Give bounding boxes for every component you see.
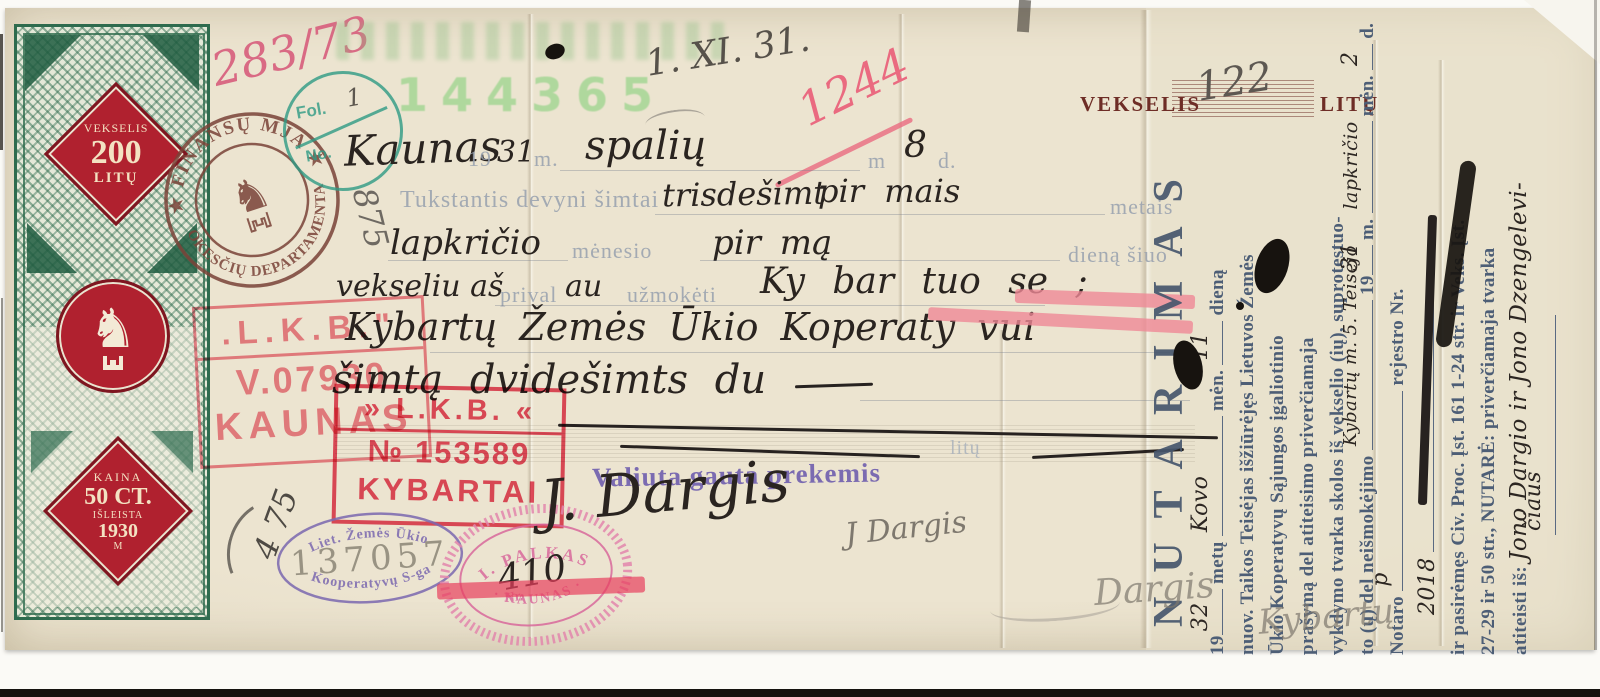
nutarimas-line-notary: Notaro p rejestro Nr.: [1383, 35, 1413, 655]
ornament: [27, 223, 77, 273]
folio-number: 1: [344, 84, 363, 110]
hw-au: au: [565, 272, 602, 302]
hw-november: lapkričio: [390, 226, 541, 260]
nutarimas-line: nuov. Taikos Teisėjas išžiūrėjęs Lietuvo…: [1233, 35, 1263, 655]
form-rule: [560, 170, 860, 171]
scan-edge: [1594, 0, 1597, 650]
lkb-kybartai-line1: » L.K.B. «: [338, 388, 563, 436]
revenue-stamp: VEKSELIS 200 LITŲ ♞ KAINA 50 CT. IŠLEIST…: [14, 24, 210, 620]
hw-first-day: pir mą: [712, 226, 832, 260]
printed-d: d.: [938, 150, 957, 172]
hw-register-number: 2018: [1415, 557, 1440, 615]
scan-mark: [1017, 0, 1031, 32]
nutarimas-block: NUTARIMAS 1932 metų Kovo mėn. 11 dieną n…: [1145, 35, 1575, 655]
hw-month: spalių: [585, 126, 706, 166]
price-word: KAINA: [94, 470, 143, 485]
stamp-knight-icon: ♞: [224, 166, 277, 225]
green-serial-number: 144365: [396, 68, 666, 122]
hw-notary-initial: p: [1366, 572, 1396, 586]
form-rule: [388, 260, 568, 261]
nutarimas-line: prašymą del atiteisimo priverčiamaja: [1293, 35, 1323, 655]
printed-thousand: Tukstantis devyni šimtai: [400, 188, 659, 212]
form-rule: [860, 400, 1190, 401]
issued-year: 1930: [98, 521, 138, 541]
nutarimas-line-date: 1932 metų Kovo mėn. 11 dieną: [1203, 35, 1233, 655]
nutarimas-line: 27-29 ir 50 str., NUTARĖ: priverčiamaja …: [1474, 35, 1504, 655]
folio-label: Fol.: [295, 99, 328, 124]
form-rule: [430, 352, 1170, 353]
printed-menesio: mėnesio: [572, 240, 652, 262]
printed-d: d.: [1357, 23, 1378, 39]
printed-19: 19: [1207, 635, 1228, 655]
columns-of-gediminas-icon: [102, 356, 124, 370]
denomination-currency: LITŲ: [94, 170, 139, 187]
nutarimas-line: Ūkio Koperatyvų Sąjungos įgaliotinio: [1263, 35, 1293, 655]
printed-men: mėn.: [1357, 75, 1378, 116]
hw-first: pir mais: [818, 175, 960, 207]
price-text: KAINA 50 CT. IŠLEISTA 1930 M: [48, 461, 188, 561]
hw-thirty: trisdešimt: [662, 177, 827, 212]
scan-edge: [0, 34, 3, 150]
printed-diena: dieną: [1207, 269, 1228, 315]
printed-m: m.: [534, 148, 559, 170]
hw-month: Kovo: [1186, 476, 1216, 532]
printed-men: mėn.: [1207, 370, 1228, 411]
printed-m2: m: [868, 150, 886, 172]
ink-dot: [1236, 302, 1244, 310]
hw-year: 31: [1336, 242, 1366, 271]
corner-ornament: [25, 35, 81, 91]
scanned-document: VEKSELIS 200 LITŲ ♞ KAINA 50 CT. IŠLEIST…: [0, 0, 1600, 697]
hw-day: 2: [1336, 52, 1366, 66]
scan-bottom-edge: [0, 689, 1600, 697]
nutarimas-line-debtors2: čiaus: [1536, 35, 1566, 655]
printed-rejestro: rejestro: [1387, 320, 1408, 386]
corner-ornament: [143, 35, 199, 91]
hw-month: lapkričio: [1336, 121, 1366, 209]
hw-year: 31: [497, 138, 535, 168]
printed-19: 19: [468, 148, 492, 170]
nutarimas-line-protest: to (ų) del neišmokėjimo Kybartų m. 5. Te…: [1353, 35, 1383, 655]
vytis-knight-icon: ♞: [89, 302, 137, 356]
hw-court: Kybartų m. 5. Teisėjo: [1336, 245, 1366, 446]
printed-nr: Nr.: [1387, 288, 1408, 314]
printed-uzmoketi: užmokėti: [627, 284, 717, 306]
hw-debtors-cont: čiaus: [1519, 471, 1549, 531]
printed-m: m.: [1357, 219, 1378, 240]
price-value: 50 CT.: [84, 485, 152, 510]
printed-atiteisti: atiteisti iš:: [1510, 566, 1531, 655]
hw-day: 8: [904, 128, 927, 164]
lkb-kybartai-number: № 153589: [337, 431, 562, 476]
printed-prival: prival: [500, 284, 557, 306]
nutarimas-line-debtors: atiteisti iš: Jono Dargio ir Jono Dzenge…: [1504, 35, 1536, 655]
vytis-medallion: ♞: [56, 279, 170, 393]
printed-litu: litų: [950, 438, 981, 458]
form-rule: [655, 214, 1105, 215]
scan-edge: [1, 298, 3, 632]
denomination-value: 200: [90, 136, 141, 170]
issued-m: M: [114, 541, 123, 552]
folio-no-label: No.: [305, 144, 334, 166]
